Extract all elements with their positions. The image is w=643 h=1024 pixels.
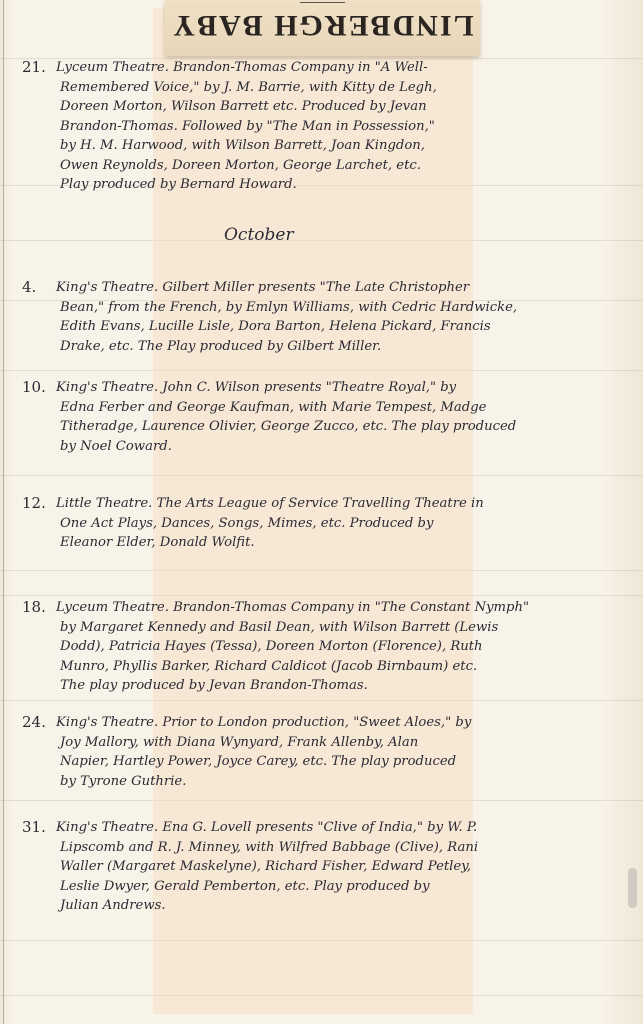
entry-line: Joy Mallory, with Diana Wynyard, Frank A… <box>56 733 622 753</box>
entry-line: Munro, Phyllis Barker, Richard Caldicot … <box>56 657 622 677</box>
clipping-rule <box>300 2 345 3</box>
clipping-headline: LINDBERGH BABY <box>165 8 480 42</box>
entry-date: 31. <box>22 818 48 838</box>
entry-line: Eleanor Elder, Donald Wolfit. <box>56 533 622 553</box>
entry-line: Lyceum Theatre. Brandon-Thomas Company i… <box>56 58 622 78</box>
entry-line: Lyceum Theatre. Brandon-Thomas Company i… <box>56 598 622 618</box>
entry-line: One Act Plays, Dances, Songs, Mimes, etc… <box>56 514 622 534</box>
entry-line: Bean," from the French, by Emlyn William… <box>56 298 622 318</box>
entry-line: Julian Andrews. <box>56 896 622 916</box>
diary-entry: 21. Lyceum Theatre. Brandon-Thomas Compa… <box>22 58 622 195</box>
entry-line: Napier, Hartley Power, Joyce Carey, etc.… <box>56 752 622 772</box>
entry-line: King's Theatre. Gilbert Miller presents … <box>56 278 622 298</box>
entry-date: 18. <box>22 598 48 618</box>
diary-entry: 4. King's Theatre. Gilbert Miller presen… <box>22 278 622 356</box>
entry-date: 12. <box>22 494 48 514</box>
entry-line: Edith Evans, Lucille Lisle, Dora Barton,… <box>56 317 622 337</box>
entry-line: King's Theatre. Ena G. Lovell presents "… <box>56 818 622 838</box>
entry-line: by Margaret Kennedy and Basil Dean, with… <box>56 618 622 638</box>
entry-line: Play produced by Bernard Howard. <box>56 175 622 195</box>
entry-line: King's Theatre. John C. Wilson presents … <box>56 378 622 398</box>
entry-line: The play produced by Jevan Brandon-Thoma… <box>56 676 622 696</box>
entry-date: 21. <box>22 58 48 78</box>
month-heading: October <box>224 225 294 245</box>
entry-line: Remembered Voice," by J. M. Barrie, with… <box>56 78 622 98</box>
entry-line: Doreen Morton, Wilson Barrett etc. Produ… <box>56 97 622 117</box>
entry-line: Titheradge, Laurence Olivier, George Zuc… <box>56 417 622 437</box>
entry-date: 4. <box>22 278 48 298</box>
diary-entry: 12. Little Theatre. The Arts League of S… <box>22 494 622 553</box>
notebook-page: LINDBERGH BABY 21. Lyceum Theatre. Brand… <box>0 0 643 1024</box>
entry-line: Little Theatre. The Arts League of Servi… <box>56 494 622 514</box>
entry-line: Dodd), Patricia Hayes (Tessa), Doreen Mo… <box>56 637 622 657</box>
entry-line: Leslie Dwyer, Gerald Pemberton, etc. Pla… <box>56 877 622 897</box>
entry-line: Brandon-Thomas. Followed by "The Man in … <box>56 117 622 137</box>
diary-entry: 18. Lyceum Theatre. Brandon-Thomas Compa… <box>22 598 622 696</box>
entry-line: Drake, etc. The Play produced by Gilbert… <box>56 337 622 357</box>
diary-entry: 10. King's Theatre. John C. Wilson prese… <box>22 378 622 456</box>
entry-line: Waller (Margaret Maskelyne), Richard Fis… <box>56 857 622 877</box>
entry-line: Edna Ferber and George Kaufman, with Mar… <box>56 398 622 418</box>
entry-line: King's Theatre. Prior to London producti… <box>56 713 622 733</box>
entry-line: by Tyrone Guthrie. <box>56 772 622 792</box>
entry-line: Lipscomb and R. J. Minney, with Wilfred … <box>56 838 622 858</box>
entry-date: 24. <box>22 713 48 733</box>
entry-line: by H. M. Harwood, with Wilson Barrett, J… <box>56 136 622 156</box>
entry-line: Owen Reynolds, Doreen Morton, George Lar… <box>56 156 622 176</box>
entry-line: by Noel Coward. <box>56 437 622 457</box>
page-edge-line <box>3 0 4 1024</box>
entry-date: 10. <box>22 378 48 398</box>
diary-entry: 24. King's Theatre. Prior to London prod… <box>22 713 622 791</box>
ink-smudge <box>628 868 637 908</box>
newspaper-clipping: LINDBERGH BABY <box>165 0 480 56</box>
diary-entry: 31. King's Theatre. Ena G. Lovell presen… <box>22 818 622 916</box>
